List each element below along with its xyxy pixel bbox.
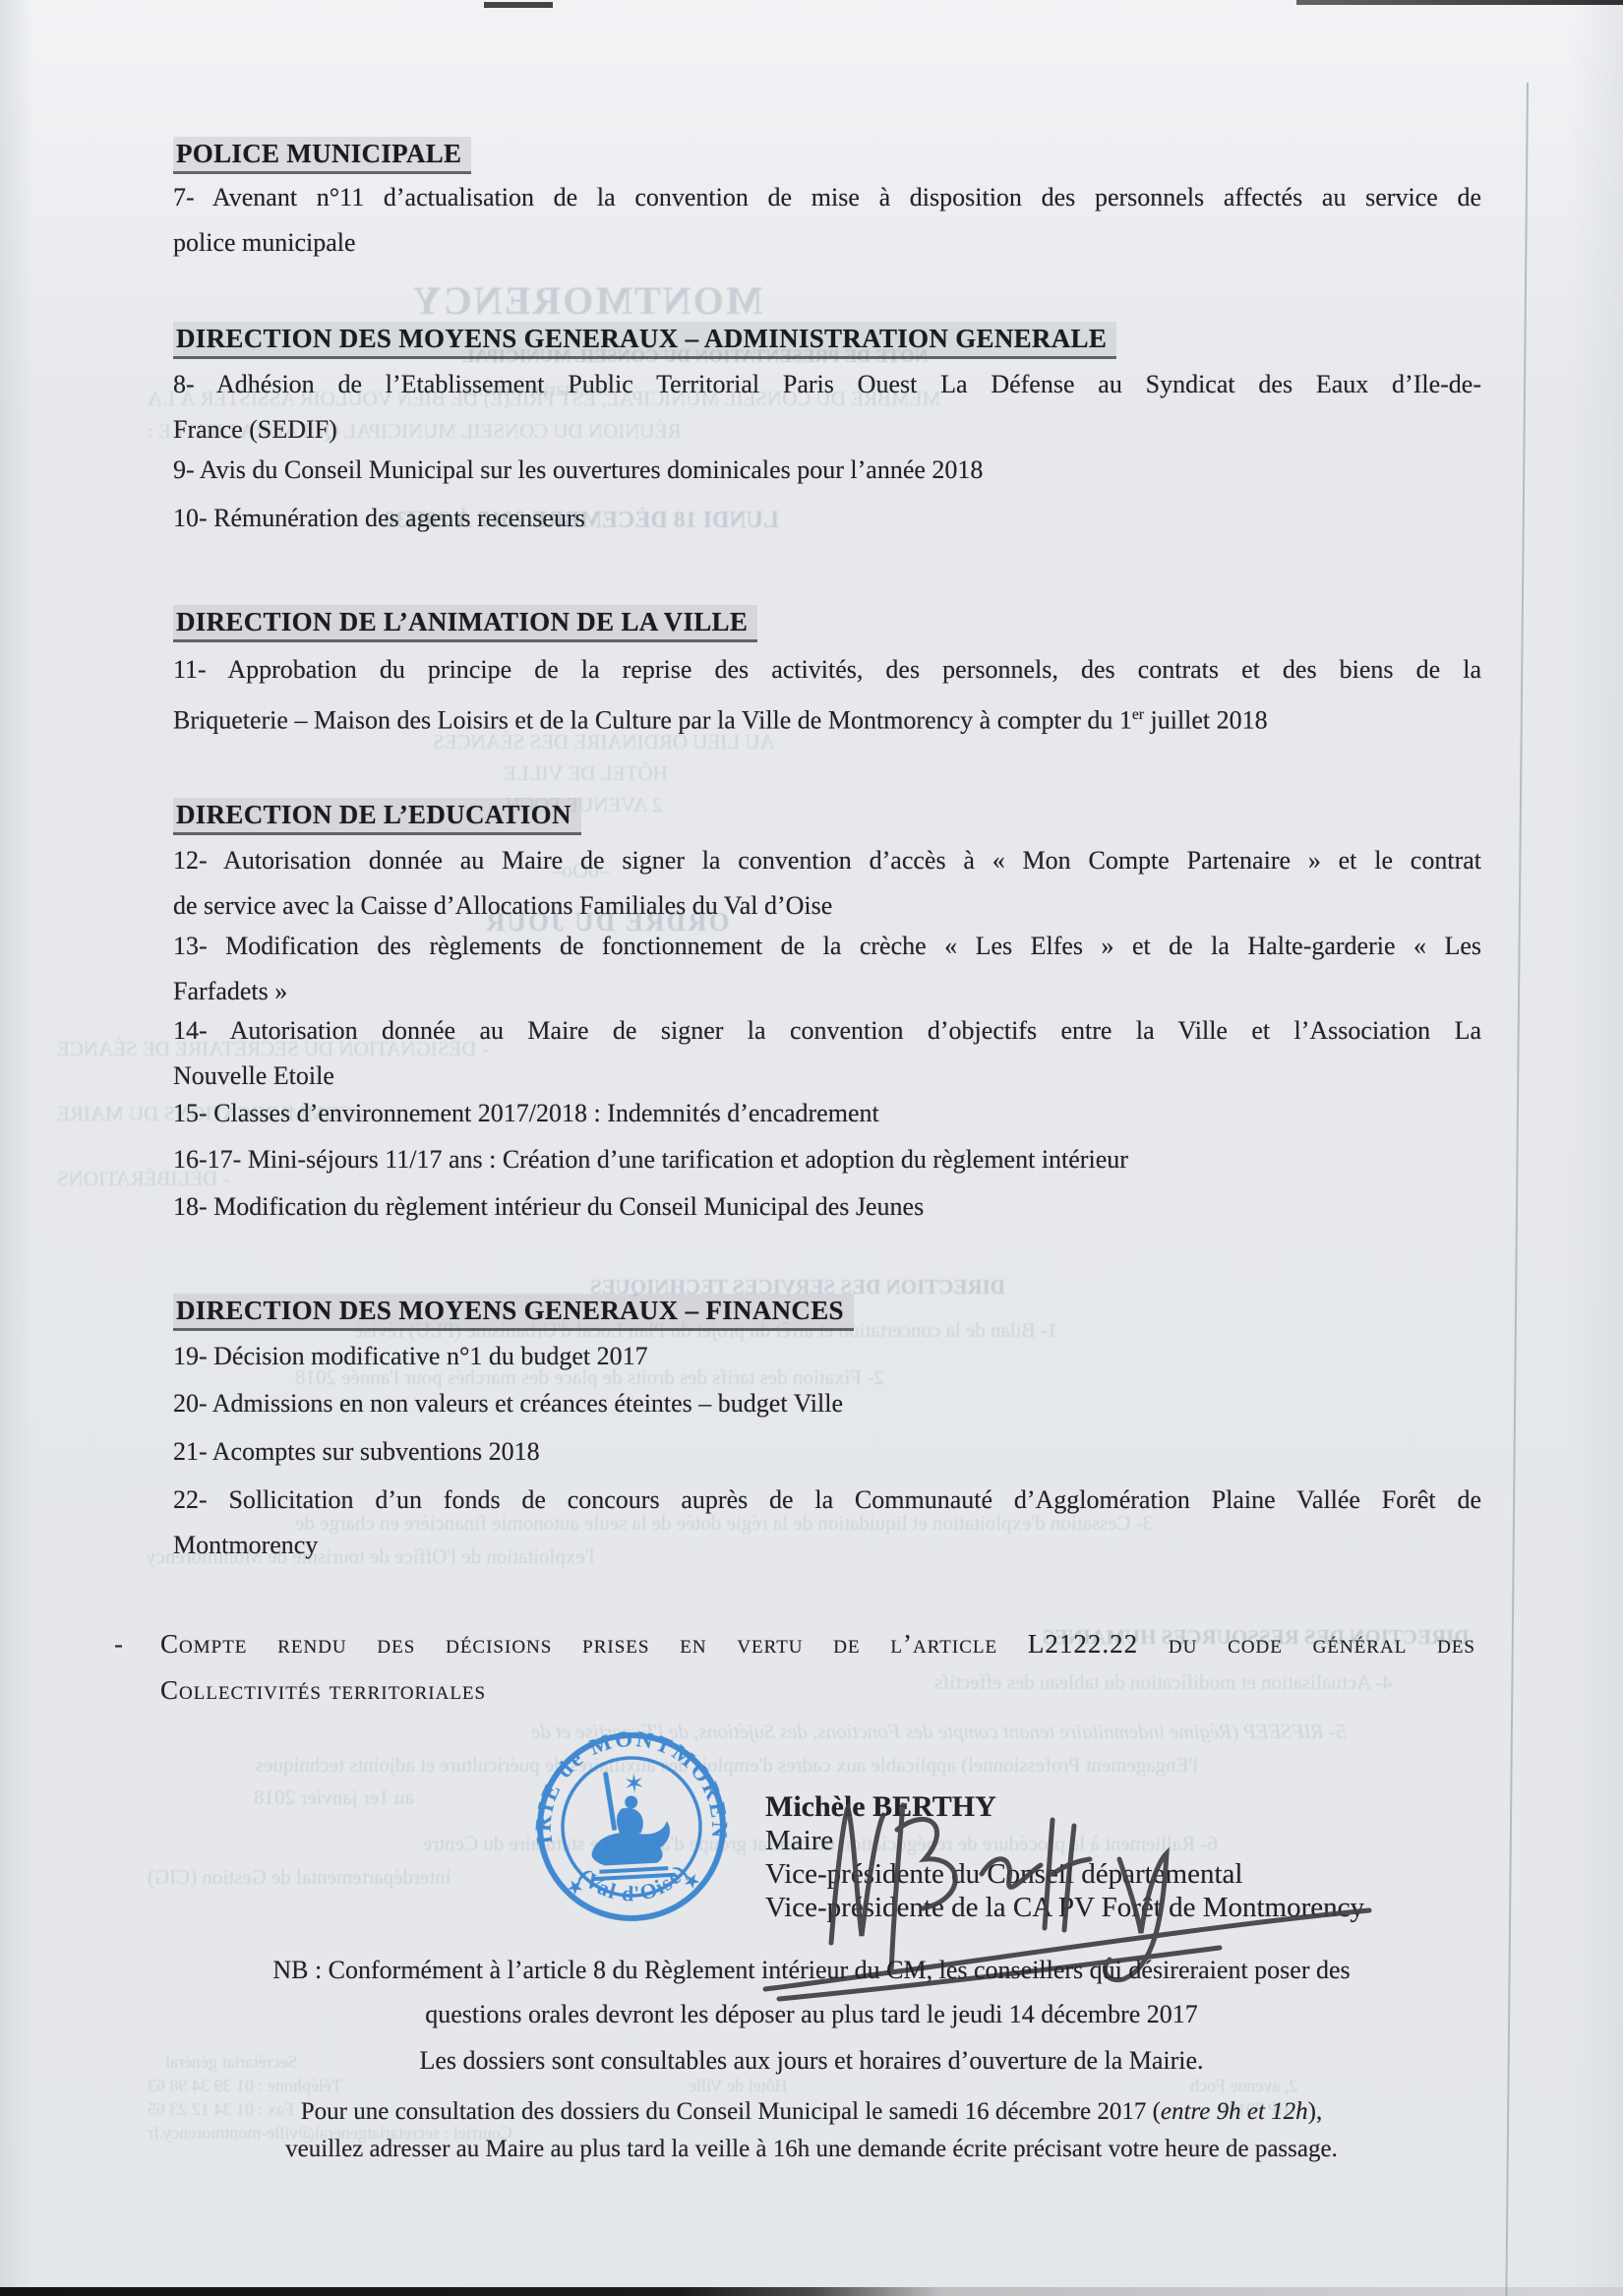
ordinal-superscript: er — [1132, 706, 1144, 723]
agenda-item-line: 16-17- Mini-séjours 11/17 ans : Création… — [173, 1137, 1481, 1182]
agenda-item: 14- Autorisation donnée au Maire de sign… — [173, 1008, 1481, 1099]
agenda-item-line: 21- Acomptes sur subventions 2018 — [173, 1429, 1481, 1475]
agenda-item-text: Briqueterie – Maison des Loisirs et de l… — [173, 706, 1132, 735]
nb-note-line: NB : Conformément à l’article 8 du Règle… — [98, 1948, 1525, 1992]
stamp-bottom-text: (Val d'Oise) — [573, 1858, 694, 1909]
agenda-item: 21- Acomptes sur subventions 2018 — [173, 1429, 1481, 1475]
section-heading: DIRECTION DE L’ANIMATION DE LA VILLE — [173, 605, 757, 642]
consultation-note: Pour une consultation des dossiers du Co… — [98, 2093, 1525, 2168]
agenda-item-line: Briqueterie – Maison des Loisirs et de l… — [173, 693, 1481, 744]
agenda-item-line: 19- Décision modificative n°1 du budget … — [173, 1334, 1481, 1379]
agenda-item: 20- Admissions en non valeurs et créance… — [173, 1381, 1481, 1426]
agenda-item-line: Montmorency — [173, 1523, 1481, 1568]
agenda-item: 22- Sollicitation d’un fonds de concours… — [173, 1478, 1481, 1568]
svg-text:(Val d'Oise): (Val d'Oise) — [573, 1858, 694, 1909]
agenda-item: 11- Approbation du principe de la repris… — [173, 647, 1481, 744]
agenda-item-text: juillet 2018 — [1144, 706, 1268, 735]
municipal-stamp: MAIRIE de MONTMORENCY (Val d'Oise) ★ ★ ✶ — [529, 1724, 734, 1929]
consultation-text: Pour une consultation des dossiers du Co… — [301, 2098, 1161, 2125]
agenda-item-line: 13- Modification des règlements de fonct… — [173, 924, 1481, 969]
agenda-item: 18- Modification du règlement intérieur … — [173, 1184, 1481, 1230]
agenda-item: 16-17- Mini-séjours 11/17 ans : Création… — [173, 1137, 1481, 1182]
consultation-note-line: veuillez adresser au Maire au plus tard … — [98, 2131, 1525, 2168]
consultation-text: ), — [1308, 2098, 1323, 2125]
bleedthrough-text: au 1er janvier 2018 — [254, 1785, 414, 1810]
consultation-note-line: Pour une consultation des dossiers du Co… — [98, 2093, 1525, 2131]
scan-edge-artifact — [1296, 0, 1623, 5]
agenda-item-line: France (SEDIF) — [173, 407, 1481, 453]
svg-text:✶: ✶ — [623, 1769, 645, 1798]
scan-edge-artifact — [0, 2287, 1623, 2296]
agenda-item-line: 12- Autorisation donnée au Maire de sign… — [173, 838, 1481, 883]
section-heading: POLICE MUNICIPALE — [173, 137, 471, 174]
agenda-item: 7- Avenant n°11 d’actualisation de la co… — [173, 175, 1481, 266]
compte-rendu-line: Compte rendu des décisions prises en ver… — [160, 1621, 1475, 1667]
agenda-item: 13- Modification des règlements de fonct… — [173, 924, 1481, 1014]
agenda-item-line: 14- Autorisation donnée au Maire de sign… — [173, 1008, 1481, 1054]
agenda-item: 19- Décision modificative n°1 du budget … — [173, 1334, 1481, 1379]
stamp-emblem-statue: ✶ — [587, 1768, 676, 1881]
agenda-item: 12- Autorisation donnée au Maire de sign… — [173, 838, 1481, 929]
dossiers-note: Les dossiers sont consultables aux jours… — [98, 2046, 1525, 2076]
nb-note: NB : Conformément à l’article 8 du Règle… — [98, 1948, 1525, 2036]
section-heading: DIRECTION DES MOYENS GENERAUX – ADMINIST… — [173, 322, 1116, 359]
agenda-item: 9- Avis du Conseil Municipal sur les ouv… — [173, 448, 1481, 493]
section-heading: DIRECTION DE L’EDUCATION — [173, 798, 581, 835]
agenda-item-line: 10- Rémunération des agents recenseurs — [173, 496, 1481, 541]
agenda-item-line: 7- Avenant n°11 d’actualisation de la co… — [173, 175, 1481, 220]
compte-rendu: Compte rendu des décisions prises en ver… — [160, 1621, 1475, 1714]
compte-rendu-line: Collectivités territoriales — [160, 1667, 1475, 1714]
agenda-item-line: 9- Avis du Conseil Municipal sur les ouv… — [173, 448, 1481, 493]
agenda-item-line: 22- Sollicitation d’un fonds de concours… — [173, 1478, 1481, 1523]
agenda-item-line: 15- Classes d’environnement 2017/2018 : … — [173, 1091, 1481, 1136]
agenda-item: 15- Classes d’environnement 2017/2018 : … — [173, 1091, 1481, 1136]
scanned-document-page: MONTMORENCY NOTE DE PRÉSENTATION DU CONS… — [0, 0, 1623, 2296]
consultation-hours-italic: entre 9h et 12h — [1161, 2098, 1308, 2125]
agenda-item-line: de service avec la Caisse d’Allocations … — [173, 883, 1481, 929]
agenda-item-line: police municipale — [173, 220, 1481, 266]
agenda-item-line: 18- Modification du règlement intérieur … — [173, 1184, 1481, 1230]
bleedthrough-text: HÔTEL DE VILLE — [504, 761, 668, 786]
list-bullet: - — [114, 1621, 123, 1667]
bleedthrough-text: interdépartemental de Gestion (CIG) — [148, 1865, 451, 1890]
agenda-item-line: 8- Adhésion de l’Etablissement Public Te… — [173, 362, 1481, 407]
agenda-item: 10- Rémunération des agents recenseurs — [173, 496, 1481, 541]
nb-note-line: questions orales devront les déposer au … — [98, 1992, 1525, 2036]
agenda-item-line: 20- Admissions en non valeurs et créance… — [173, 1381, 1481, 1426]
bleedthrough-text: MONTMORENCY — [411, 277, 763, 324]
agenda-item: 8- Adhésion de l’Etablissement Public Te… — [173, 362, 1481, 453]
section-heading: DIRECTION DES MOYENS GENERAUX – FINANCES — [173, 1294, 854, 1331]
scan-edge-artifact — [484, 2, 553, 8]
agenda-item-line: 11- Approbation du principe de la repris… — [173, 647, 1481, 693]
